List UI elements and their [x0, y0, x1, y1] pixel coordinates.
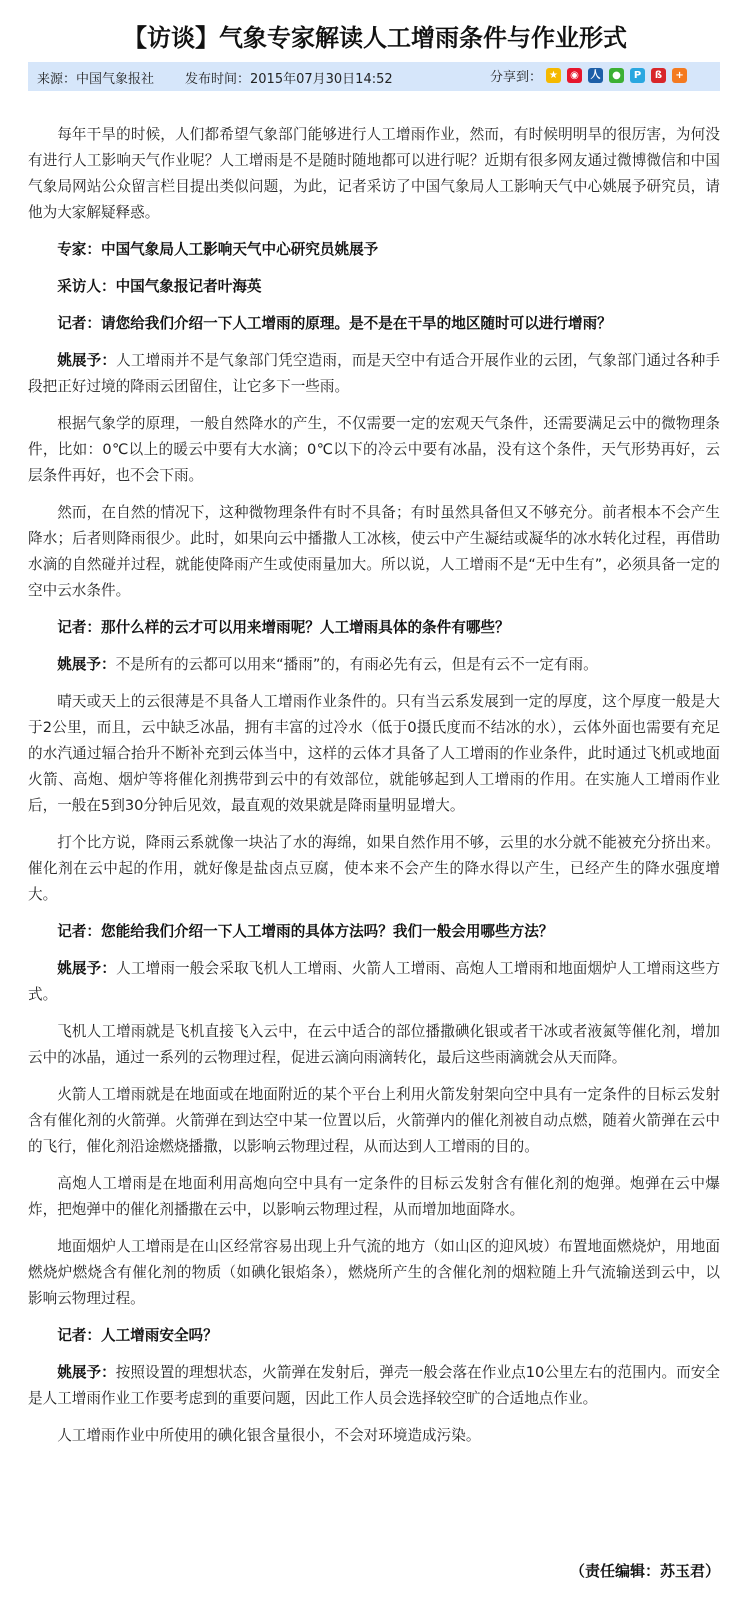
share-bar: 分享到： ★◉人●Pß+: [490, 66, 693, 85]
share-icons: ★◉人●Pß+: [546, 68, 693, 83]
qzone-icon[interactable]: ★: [546, 68, 561, 83]
labeled-paragraph: 采访人：中国气象报记者叶海英: [28, 274, 720, 300]
speaker-label: 姚展予：: [57, 1364, 116, 1381]
labeled-paragraph: 姚展予：人工增雨一般会采取飞机人工增雨、火箭人工增雨、高炮人工增雨和地面烟炉人工…: [28, 956, 720, 1008]
paragraph-text: 中国气象局人工影响天气中心研究员姚展予: [101, 241, 378, 258]
body-paragraph: 高炮人工增雨是在地面利用高炮向空中具有一定条件的目标云发射含有催化剂的炮弹。炮弹…: [28, 1171, 720, 1223]
share-label: 分享到：: [490, 66, 542, 85]
speaker-label: 姚展予：: [57, 352, 116, 369]
labeled-paragraph: 专家：中国气象局人工影响天气中心研究员姚展予: [28, 237, 720, 263]
weibo-icon[interactable]: ◉: [567, 68, 582, 83]
speaker-label: 姚展予：: [57, 960, 116, 977]
paragraph-text: 按照设置的理想状态，火箭弹在发射后，弹壳一般会落在作业点10公里左右的范围内。而…: [28, 1364, 720, 1407]
body-paragraph: 飞机人工增雨就是飞机直接飞入云中，在云中适合的部位播撒碘化银或者干冰或者液氮等催…: [28, 1019, 720, 1071]
interview-question: 记者：人工增雨安全吗？: [28, 1323, 720, 1349]
body-paragraph: 晴天或天上的云很薄是不具备人工增雨作业条件的。只有当云系发展到一定的厚度，这个厚…: [28, 689, 720, 819]
body-paragraph: 地面烟炉人工增雨是在山区经常容易出现上升气流的地方（如山区的迎风坡）布置地面燃烧…: [28, 1234, 720, 1312]
article-source: 来源：中国气象报社: [37, 68, 154, 87]
labeled-paragraph: 姚展予：人工增雨并不是气象部门凭空造雨，而是天空中有适合开展作业的云团，气象部门…: [28, 348, 720, 400]
responsible-editor: （责任编辑：苏玉君）: [570, 1560, 720, 1581]
more-share-icon[interactable]: +: [672, 68, 687, 83]
body-paragraph: 火箭人工增雨就是在地面或在地面附近的某个平台上利用火箭发射架向空中具有一定条件的…: [28, 1082, 720, 1160]
labeled-paragraph: 姚展予：按照设置的理想状态，火箭弹在发射后，弹壳一般会落在作业点10公里左右的范…: [28, 1360, 720, 1412]
speaker-label: 专家：: [57, 241, 101, 258]
body-paragraph: 人工增雨作业中所使用的碘化银含量很小，不会对环境造成污染。: [28, 1423, 720, 1449]
article-meta-bar: 来源：中国气象报社 发布时间：2015年07月30日14:52 分享到： ★◉人…: [28, 62, 720, 91]
article-title: 【访谈】气象专家解读人工增雨条件与作业形式: [0, 18, 750, 53]
publish-time: 发布时间：2015年07月30日14:52: [185, 68, 393, 87]
speaker-label: 姚展予：: [57, 656, 115, 673]
paragraph-text: 人工增雨并不是气象部门凭空造雨，而是天空中有适合开展作业的云团，气象部门通过各种…: [28, 352, 720, 395]
paragraph-text: 中国气象报记者叶海英: [116, 278, 262, 295]
body-paragraph: 打个比方说，降雨云系就像一块沾了水的海绵，如果自然作用不够，云里的水分就不能被充…: [28, 830, 720, 908]
paragraph-text: 人工增雨一般会采取飞机人工增雨、火箭人工增雨、高炮人工增雨和地面烟炉人工增雨这些…: [28, 960, 720, 1003]
body-paragraph: 根据气象学的原理，一般自然降水的产生，不仅需要一定的宏观天气条件，还需要满足云中…: [28, 411, 720, 489]
article-body: 每年干旱的时候，人们都希望气象部门能够进行人工增雨作业，然而，有时候明明旱的很厉…: [28, 122, 720, 1460]
labeled-paragraph: 姚展予：不是所有的云都可以用来“播雨”的，有雨必先有云，但是有云不一定有雨。: [28, 652, 720, 678]
tencent-weibo-icon[interactable]: P: [630, 68, 645, 83]
wechat-icon[interactable]: ●: [609, 68, 624, 83]
paragraph-text: 不是所有的云都可以用来“播雨”的，有雨必先有云，但是有云不一定有雨。: [116, 656, 598, 673]
body-paragraph: 每年干旱的时候，人们都希望气象部门能够进行人工增雨作业，然而，有时候明明旱的很厉…: [28, 122, 720, 226]
kaixin-icon[interactable]: ß: [651, 68, 666, 83]
interview-question: 记者：请您给我们介绍一下人工增雨的原理。是不是在干旱的地区随时可以进行增雨？: [28, 311, 720, 337]
body-paragraph: 然而，在自然的情况下，这种微物理条件有时不具备；有时虽然具备但又不够充分。前者根…: [28, 500, 720, 604]
speaker-label: 采访人：: [57, 278, 115, 295]
interview-question: 记者：您能给我们介绍一下人工增雨的具体方法吗？我们一般会用哪些方法？: [28, 919, 720, 945]
interview-question: 记者：那什么样的云才可以用来增雨呢？人工增雨具体的条件有哪些？: [28, 615, 720, 641]
renren-icon[interactable]: 人: [588, 68, 603, 83]
